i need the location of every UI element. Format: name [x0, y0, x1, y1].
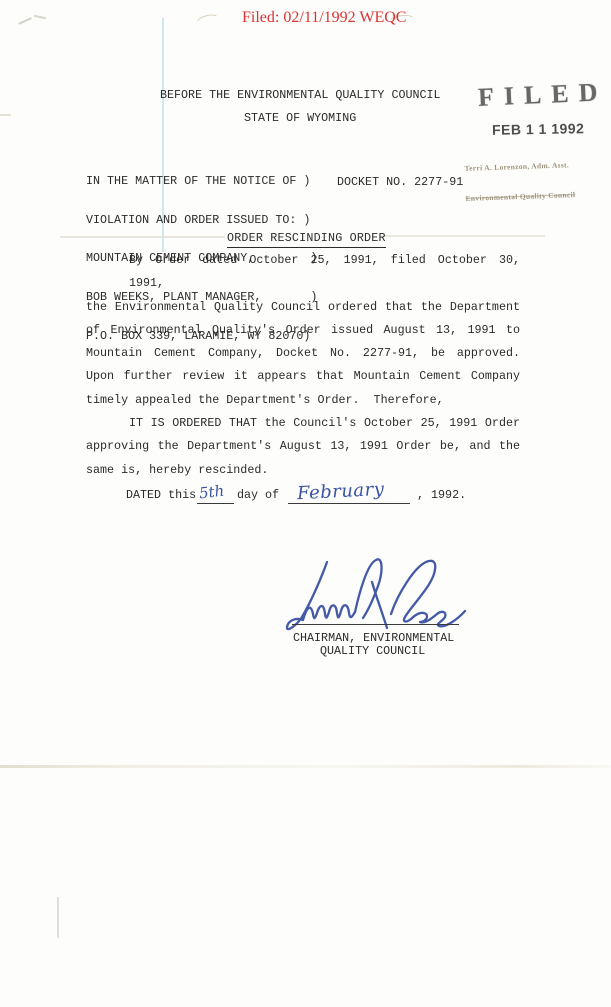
pencil-mark: [18, 17, 31, 24]
filed-stamp: FILED: [477, 77, 608, 113]
scan-streak: [383, 235, 545, 237]
order-paragraph-2: IT IS ORDERED THAT the Council's October…: [86, 412, 520, 482]
body-line: timely appealed the Department's Order. …: [86, 389, 520, 412]
body-line: Mountain Cement Company, Docket No. 2277…: [86, 342, 520, 365]
pencil-mark: [34, 15, 46, 19]
dated-middle: day of: [237, 488, 279, 502]
body-line: the Environmental Quality Council ordere…: [86, 296, 520, 319]
handwritten-month: February: [297, 479, 385, 505]
dated-prefix: DATED this: [126, 488, 196, 502]
clerk-name: Terri A. Lorenzon, Adm. Asst.: [464, 160, 574, 174]
court-heading-line2: STATE OF WYOMING: [244, 111, 356, 125]
body-line: Upon further review it appears that Moun…: [86, 365, 520, 388]
filed-stamp-date: FEB 1 1 1992: [492, 120, 585, 138]
handwritten-day: 5th: [198, 482, 225, 503]
court-heading-line1: BEFORE THE ENVIRONMENTAL QUALITY COUNCIL: [160, 88, 441, 102]
scanned-order-document: Filed: 02/11/1992 WEQC BEFORE THE ENVIRO…: [0, 0, 611, 1007]
dated-suffix: , 1992.: [417, 488, 466, 502]
efiling-stamp-text: Filed: 02/11/1992 WEQC: [242, 9, 406, 27]
caption-line: VIOLATION AND ORDER ISSUED TO: ): [86, 214, 317, 227]
order-paragraph-1: By Order dated October 25, 1991, filed O…: [86, 249, 520, 412]
body-line: of Environmental Quality's Order issued …: [86, 319, 520, 342]
clerk-title: Environmental Quality Council: [465, 190, 575, 204]
day-blank-underline: [197, 503, 234, 504]
docket-number: DOCKET NO. 2277-91: [337, 175, 463, 189]
order-title: ORDER RESCINDING ORDER: [227, 231, 386, 248]
body-line: By Order dated October 25, 1991, filed O…: [86, 249, 520, 296]
scan-vertical-mark: [57, 897, 59, 938]
body-line: approving the Department's August 13, 19…: [86, 435, 520, 458]
signature-line: [292, 624, 459, 625]
body-line: same is, hereby rescinded.: [86, 459, 520, 482]
signer-title-line1: CHAIRMAN, ENVIRONMENTAL: [293, 631, 454, 645]
signer-title-line2: QUALITY COUNCIL: [320, 644, 425, 658]
body-line: IT IS ORDERED THAT the Council's October…: [86, 412, 520, 435]
staple-arc-left-mark: [194, 12, 223, 33]
scan-edge-mark: [0, 114, 11, 116]
caption-line: IN THE MATTER OF THE NOTICE OF ): [86, 175, 317, 188]
scan-streak: [0, 765, 611, 768]
filed-stamp-clerk: Terri A. Lorenzon, Adm. Asst. Environmen…: [464, 140, 577, 224]
